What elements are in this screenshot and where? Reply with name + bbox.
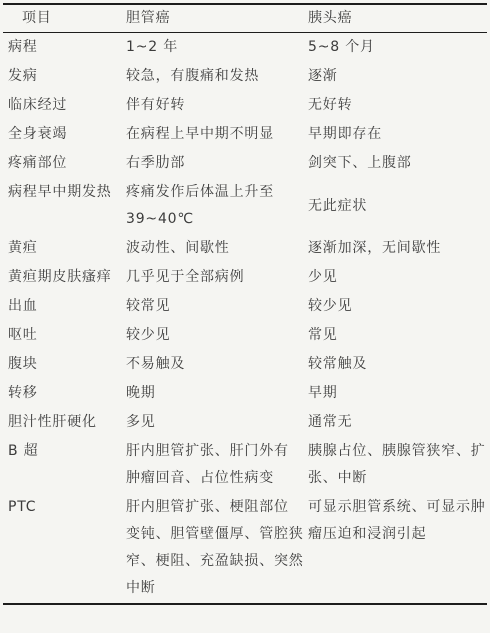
pancreatic-head-value-cell: 逐渐加深，无间歇性 [308,234,487,263]
row-label-cell: 病程早中期发热 [3,178,126,234]
table-header: 项目 胆管癌 胰头癌 [3,4,487,33]
table-row: 黄疸波动性、间歇性逐渐加深，无间歇性 [3,234,487,263]
cholangiocarcinoma-value-cell: 肝内胆管扩张、梗阻部位 变钝、胆管壁僵厚、管腔狭 窄、梗阻、充盈缺损、突然 中断 [126,493,308,604]
row-label-cell: 发病 [3,62,126,91]
pancreatic-head-value-cell: 较常触及 [308,350,487,379]
header-pancreatic-head-cancer: 胰头癌 [308,4,487,33]
row-label-cell: 黄疸 [3,234,126,263]
table-row: 胆汁性肝硬化多见通常无 [3,408,487,437]
row-label-cell: B 超 [3,437,126,493]
cholangiocarcinoma-value-cell: 较少见 [126,321,308,350]
scanned-page: 项目 胆管癌 胰头癌 病程1~2 年5~8 个月发病较急，有腹痛和发热逐渐临床经… [0,0,490,633]
row-label-cell: PTC [3,493,126,604]
table-row: 转移晚期早期 [3,379,487,408]
row-label-cell: 黄疸期皮肤瘙痒 [3,263,126,292]
pancreatic-head-value-cell: 早期即存在 [308,120,487,149]
header-cholangiocarcinoma: 胆管癌 [126,4,308,33]
row-label-cell: 病程 [3,33,126,63]
pancreatic-head-value-cell: 无此症状 [308,178,487,234]
header-row: 项目 胆管癌 胰头癌 [3,4,487,33]
table-row: 病程1~2 年5~8 个月 [3,33,487,63]
row-label-cell: 转移 [3,379,126,408]
header-item: 项目 [3,4,126,33]
table-row: 发病较急，有腹痛和发热逐渐 [3,62,487,91]
row-label-cell: 临床经过 [3,91,126,120]
cholangiocarcinoma-value-cell: 在病程上早中期不明显 [126,120,308,149]
pancreatic-head-value-cell: 逐渐 [308,62,487,91]
table-row: B 超肝内胆管扩张、肝门外有 肿瘤回音、占位性病变胰腺占位、胰腺管狭窄、扩 张、… [3,437,487,493]
table-row: 全身衰竭在病程上早中期不明显早期即存在 [3,120,487,149]
cholangiocarcinoma-value-cell: 不易触及 [126,350,308,379]
pancreatic-head-value-cell: 无好转 [308,91,487,120]
pancreatic-head-value-cell: 常见 [308,321,487,350]
cholangiocarcinoma-value-cell: 较常见 [126,292,308,321]
pancreatic-head-value-cell: 少见 [308,263,487,292]
row-label-cell: 胆汁性肝硬化 [3,408,126,437]
cholangiocarcinoma-value-cell: 晚期 [126,379,308,408]
row-label-cell: 疼痛部位 [3,149,126,178]
cholangiocarcinoma-value-cell: 波动性、间歇性 [126,234,308,263]
row-label-cell: 出血 [3,292,126,321]
table-row: 疼痛部位右季肋部剑突下、上腹部 [3,149,487,178]
table-row: PTC肝内胆管扩张、梗阻部位 变钝、胆管壁僵厚、管腔狭 窄、梗阻、充盈缺损、突然… [3,493,487,604]
table-row: 临床经过伴有好转无好转 [3,91,487,120]
pancreatic-head-value-cell: 可显示胆管系统、可显示肿 瘤压迫和浸润引起 [308,493,487,604]
row-label-cell: 呕吐 [3,321,126,350]
pancreatic-head-value-cell: 早期 [308,379,487,408]
pancreatic-head-value-cell: 胰腺占位、胰腺管狭窄、扩 张、中断 [308,437,487,493]
cholangiocarcinoma-value-cell: 几乎见于全部病例 [126,263,308,292]
cholangiocarcinoma-value-cell: 肝内胆管扩张、肝门外有 肿瘤回音、占位性病变 [126,437,308,493]
cholangiocarcinoma-value-cell: 1~2 年 [126,33,308,63]
table-body: 病程1~2 年5~8 个月发病较急，有腹痛和发热逐渐临床经过伴有好转无好转全身衰… [3,33,487,605]
cholangiocarcinoma-value-cell: 右季肋部 [126,149,308,178]
cholangiocarcinoma-value-cell: 疼痛发作后体温上升至 39~40℃ [126,178,308,234]
table-row: 黄疸期皮肤瘙痒几乎见于全部病例少见 [3,263,487,292]
cholangiocarcinoma-value-cell: 较急，有腹痛和发热 [126,62,308,91]
comparison-table: 项目 胆管癌 胰头癌 病程1~2 年5~8 个月发病较急，有腹痛和发热逐渐临床经… [3,3,487,605]
pancreatic-head-value-cell: 剑突下、上腹部 [308,149,487,178]
pancreatic-head-value-cell: 通常无 [308,408,487,437]
cholangiocarcinoma-value-cell: 多见 [126,408,308,437]
table-row: 腹块不易触及较常触及 [3,350,487,379]
row-label-cell: 全身衰竭 [3,120,126,149]
row-label-cell: 腹块 [3,350,126,379]
pancreatic-head-value-cell: 较少见 [308,292,487,321]
cholangiocarcinoma-value-cell: 伴有好转 [126,91,308,120]
table-row: 病程早中期发热疼痛发作后体温上升至 39~40℃无此症状 [3,178,487,234]
table-row: 呕吐较少见常见 [3,321,487,350]
pancreatic-head-value-cell: 5~8 个月 [308,33,487,63]
table-row: 出血较常见较少见 [3,292,487,321]
